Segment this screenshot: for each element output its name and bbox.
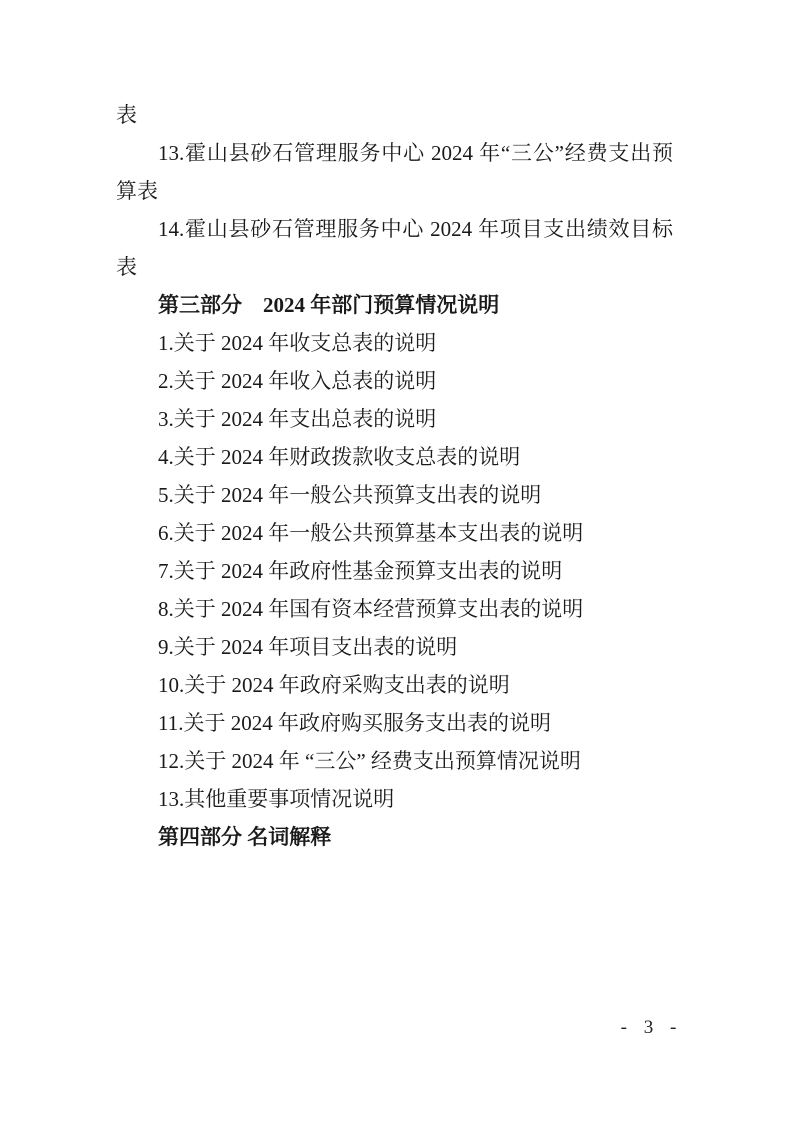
toc-line-10: 4.关于 2024 年财政拨款收支总表的说明 bbox=[116, 438, 673, 476]
toc-line-3: 算表 bbox=[116, 172, 673, 210]
toc-line-20: 第四部分 名词解释 bbox=[116, 818, 673, 856]
toc-line-12: 6.关于 2024 年一般公共预算基本支出表的说明 bbox=[116, 514, 673, 552]
toc-line-8: 2.关于 2024 年收入总表的说明 bbox=[116, 362, 673, 400]
document-page: 表13.霍山县砂石管理服务中心 2024 年“三公”经费支出预算表14.霍山县砂… bbox=[0, 0, 793, 1122]
toc-line-17: 11.关于 2024 年政府购买服务支出表的说明 bbox=[116, 704, 673, 742]
toc-line-16: 10.关于 2024 年政府采购支出表的说明 bbox=[116, 666, 673, 704]
toc-line-4: 14.霍山县砂石管理服务中心 2024 年项目支出绩效目标 bbox=[116, 210, 673, 248]
page-number: - 3 - bbox=[600, 1013, 700, 1043]
toc-line-19: 13.其他重要事项情况说明 bbox=[116, 780, 673, 818]
toc-line-14: 8.关于 2024 年国有资本经营预算支出表的说明 bbox=[116, 590, 673, 628]
toc-content: 表13.霍山县砂石管理服务中心 2024 年“三公”经费支出预算表14.霍山县砂… bbox=[116, 96, 673, 856]
toc-line-1: 表 bbox=[116, 96, 673, 134]
toc-line-18: 12.关于 2024 年 “三公” 经费支出预算情况说明 bbox=[116, 742, 673, 780]
toc-line-7: 1.关于 2024 年收支总表的说明 bbox=[116, 324, 673, 362]
toc-line-13: 7.关于 2024 年政府性基金预算支出表的说明 bbox=[116, 552, 673, 590]
toc-line-9: 3.关于 2024 年支出总表的说明 bbox=[116, 400, 673, 438]
toc-line-15: 9.关于 2024 年项目支出表的说明 bbox=[116, 628, 673, 666]
toc-line-6: 第三部分 2024 年部门预算情况说明 bbox=[116, 286, 673, 324]
toc-line-11: 5.关于 2024 年一般公共预算支出表的说明 bbox=[116, 476, 673, 514]
toc-line-5: 表 bbox=[116, 248, 673, 286]
toc-line-2: 13.霍山县砂石管理服务中心 2024 年“三公”经费支出预 bbox=[116, 134, 673, 172]
